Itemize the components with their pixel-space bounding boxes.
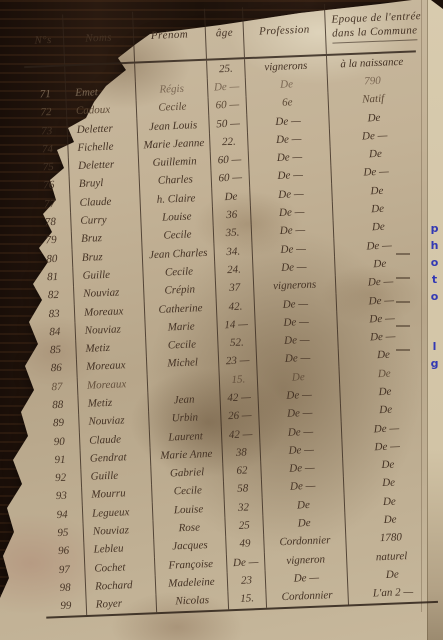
cell-age: 23 — [218,352,257,372]
cell-age: 42 — [221,425,260,445]
cell-age: De — [226,553,265,573]
cell-age: 58 [223,480,262,500]
cell-num: 80 [32,249,73,269]
cell-nom: Royer [85,594,156,615]
cell-num: 97 [44,560,85,580]
cell-num: 88 [37,396,78,416]
cell-num: 94 [42,505,83,525]
cell-age: 35. [213,224,252,244]
cell-num [24,66,65,86]
cell-num: 84 [34,322,75,342]
cell-num: 96 [43,542,84,562]
cell-num: 90 [39,432,80,452]
cell-num: 82 [33,286,74,306]
cell-age: 15. [227,589,266,609]
cell-age: 60 — [208,96,247,116]
cell-num: 92 [40,469,81,489]
cell-age: 38 [221,443,260,463]
cell-age: 34. [213,242,252,262]
cell-age: 14 — [216,315,255,335]
cell-age: De [211,187,250,207]
cell-age: 23 [227,571,266,591]
cell-age: 60 — [210,169,249,189]
cell-num: 78 [30,213,71,233]
cell-num: 74 [27,140,68,160]
cell-age: 24. [214,260,253,280]
cell-age: 42. [216,297,255,317]
cell-num: 87 [37,377,78,397]
cell-num: 89 [38,414,79,434]
cell-num: 73 [26,121,67,141]
register-table: N°s Noms Prénom âge Profession Epoque de… [22,0,438,618]
cell-num: 81 [32,268,73,288]
cell-age: 25. [206,59,245,79]
header-profession: Profession [242,4,326,57]
cell-num: 85 [35,341,76,361]
cell-age: 25 [224,516,263,536]
cell-num: 72 [26,103,67,123]
cell-profession: Cordonnier [265,586,348,608]
cell-num: 91 [40,450,81,470]
cell-num: 93 [41,487,82,507]
cell-num: 71 [25,85,66,105]
photo-of-register: N°s Noms Prénom âge Profession Epoque de… [0,0,443,640]
cell-num: 99 [45,597,86,617]
cell-num: 77 [29,194,70,214]
cell-age: 62 [222,461,261,481]
cell-age: 36 [212,205,251,225]
cell-age: 26 — [220,407,259,427]
cell-age: 52. [217,333,256,353]
header-num: N°s [22,15,64,67]
cell-age: De — [207,78,246,98]
cell-num: 76 [29,176,70,196]
cell-num: 98 [45,578,86,598]
cell-age: 37 [215,279,254,299]
cell-age: 32 [224,498,263,518]
cell-age: 22. [209,132,248,152]
photo-credit-watermark: photo lg [428,222,441,374]
header-epoque: Epoque de l'entrée dans la Commune [324,0,416,54]
header-prenom: Prénom [132,9,206,62]
cell-num: 95 [43,524,84,544]
cell-num: 83 [34,304,75,324]
cell-prenom: Nicolas [155,591,228,612]
cell-age: 15. [219,370,258,390]
cell-age: 49 [225,535,264,555]
cell-num: 75 [28,158,69,178]
cell-age: 50 — [208,114,247,134]
header-age: âge [204,7,244,58]
cell-epoque: L'an 2 — [347,583,438,605]
register-rows: 25. vignerons à la naissance 71 Emet Rég… [24,52,438,616]
cell-age: 60 — [210,151,249,171]
cell-num: 86 [36,359,77,379]
cell-num: 79 [31,231,72,251]
cell-age: 42 — [219,388,258,408]
header-nom: Noms [62,12,134,65]
